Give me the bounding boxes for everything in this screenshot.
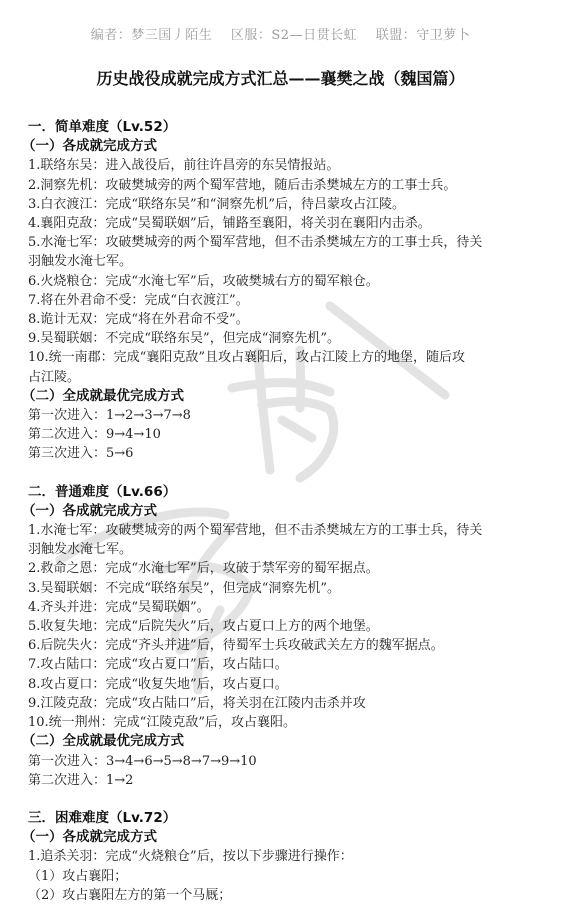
section-heading: 三．困难难度（Lv.72） xyxy=(28,809,548,828)
subheading-methods: （一）各成就完成方式 xyxy=(22,502,548,521)
subheading-optimal-route: （二）全成就最优完成方式 xyxy=(22,387,548,406)
list-item-continuation: 占江陵。 xyxy=(28,368,548,387)
list-item: 1.水淹七军：攻破樊城旁的两个蜀军营地，但不击杀樊城左方的工事士兵，待关 xyxy=(28,521,548,540)
list-item: 9.吴蜀联姻：不完成“联络东吴”，但完成“洞察先机”。 xyxy=(28,329,548,348)
alliance-credit: 联盟：守卫萝卜 xyxy=(376,28,471,43)
list-item: 4.襄阳克敌：完成“吴蜀联姻”后，铺路至襄阳，将关羽在襄阳内击杀。 xyxy=(28,214,548,233)
server-credit: 区服：S2—日贯长虹 xyxy=(231,28,357,43)
list-item: 8.攻占夏口：完成“收复失地”后，攻占夏口。 xyxy=(28,675,548,694)
list-item: 5.收复失地：完成“后院失火”后，攻占夏口上方的两个地堡。 xyxy=(28,617,548,636)
list-item: 1.追杀关羽：完成“火烧粮仓”后，按以下步骤进行操作： xyxy=(28,847,548,866)
list-item: 10.统一南郡：完成“襄阳克敌”且攻占襄阳后，攻占江陵上方的地堡，随后攻 xyxy=(28,348,548,367)
route-line: 第一次进入：1→2→3→7→8 xyxy=(28,406,548,425)
route-line: 第三次进入：5→6 xyxy=(28,444,548,463)
spacer xyxy=(28,790,548,809)
list-item: 8.诡计无双：完成“将在外君命不受”。 xyxy=(28,310,548,329)
list-item: 10.统一荆州：完成“江陵克敌”后，攻占襄阳。 xyxy=(28,713,548,732)
subheading-methods: （一）各成就完成方式 xyxy=(22,828,548,847)
spacer xyxy=(28,464,548,483)
section-heading: 一．简单难度（Lv.52） xyxy=(28,118,548,137)
list-item: 7.将在外君命不受：完成“白衣渡江”。 xyxy=(28,291,548,310)
list-item: 9.江陵克敌：完成“攻占陆口”后，将关羽在江陵内击杀并攻 xyxy=(28,694,548,713)
list-item: 5.水淹七军：攻破樊城旁的两个蜀军营地，但不击杀樊城左方的工事士兵，待关 xyxy=(28,233,548,252)
subheading-methods: （一）各成就完成方式 xyxy=(22,137,548,156)
list-item: 3.白衣渡江：完成“联络东吴”和“洞察先机”后，待吕蒙攻占江陵。 xyxy=(28,195,548,214)
section-easy: 一．简单难度（Lv.52） （一）各成就完成方式 1.联络东吴：进入战役后，前往… xyxy=(28,118,548,464)
list-item-substep: （2）攻占襄阳左方的第一个马厩； xyxy=(28,886,548,905)
list-item: 4.齐头并进：完成“吴蜀联姻”。 xyxy=(28,598,548,617)
route-line: 第二次进入：9→4→10 xyxy=(28,425,548,444)
byline: 编者：梦三国丿陌生 区服：S2—日贯长虹 联盟：守卫萝卜 xyxy=(0,24,561,43)
list-item: 3.吴蜀联姻：不完成“联络东吴”，但完成“洞察先机”。 xyxy=(28,579,548,598)
list-item-continuation: 羽触发水淹七军。 xyxy=(28,252,548,271)
section-hard: 三．困难难度（Lv.72） （一）各成就完成方式 1.追杀关羽：完成“火烧粮仓”… xyxy=(28,809,548,905)
section-normal: 二．普通难度（Lv.66） （一）各成就完成方式 1.水淹七军：攻破樊城旁的两个… xyxy=(28,483,548,790)
list-item-continuation: 羽触发水淹七军。 xyxy=(28,540,548,559)
document-title: 历史战役成就完成方式汇总——襄樊之战（魏国篇） xyxy=(0,66,561,89)
list-item: 6.火烧粮仓：完成“水淹七军”后，攻破樊城右方的蜀军粮仓。 xyxy=(28,272,548,291)
route-line: 第一次进入：3→4→6→5→8→7→9→10 xyxy=(28,752,548,771)
editor-credit: 编者：梦三国丿陌生 xyxy=(91,28,213,43)
list-item-substep: （1）攻占襄阳； xyxy=(28,867,548,886)
list-item: 2.救命之恩：完成“水淹七军”后，攻破于禁军旁的蜀军据点。 xyxy=(28,559,548,578)
subheading-optimal-route: （二）全成就最优完成方式 xyxy=(22,732,548,751)
section-heading: 二．普通难度（Lv.66） xyxy=(28,483,548,502)
route-line: 第二次进入：1→2 xyxy=(28,771,548,790)
document-body: 一．简单难度（Lv.52） （一）各成就完成方式 1.联络东吴：进入战役后，前往… xyxy=(28,118,548,905)
list-item: 6.后院失火：完成“齐头并进”后，待蜀军士兵攻破武关左方的魏军据点。 xyxy=(28,636,548,655)
list-item: 7.攻占陆口：完成“攻占夏口”后，攻占陆口。 xyxy=(28,655,548,674)
list-item: 2.洞察先机：攻破樊城旁的两个蜀军营地，随后击杀樊城左方的工事士兵。 xyxy=(28,176,548,195)
list-item: 1.联络东吴：进入战役后，前往许昌旁的东吴情报站。 xyxy=(28,156,548,175)
